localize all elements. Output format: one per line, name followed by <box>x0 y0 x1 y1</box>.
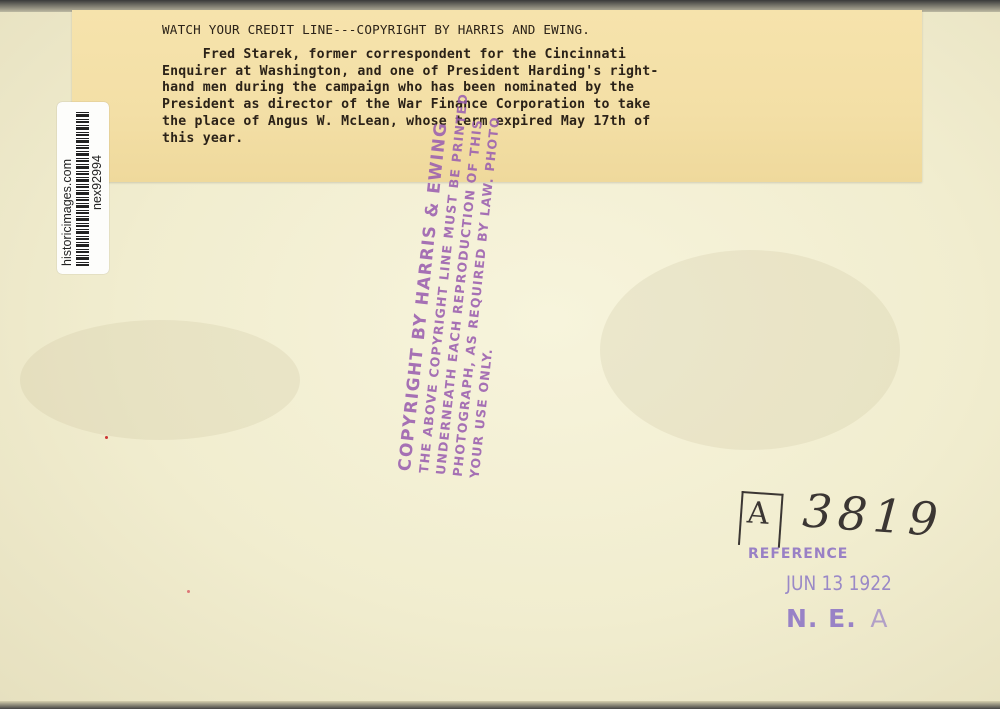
caption-line: hand men during the campaign who has bee… <box>162 80 872 97</box>
smudge <box>600 250 900 450</box>
label-site-text: historicimages.com <box>60 159 74 266</box>
paper-bottom-edge <box>0 701 1000 709</box>
caption-heading: WATCH YOUR CREDIT LINE---COPYRIGHT BY HA… <box>162 22 872 39</box>
barcode <box>76 110 89 266</box>
date-stamp: JUN 13 1922 <box>786 573 892 596</box>
reference-stamp-label: REFERENCE <box>748 546 848 562</box>
nea-stamp: N. E. A <box>786 604 889 633</box>
nea-stamp-suffix: A <box>870 604 888 633</box>
handwritten-box-letter: A <box>738 491 783 548</box>
red-speck <box>105 436 108 439</box>
label-code-text: nex92994 <box>90 155 104 210</box>
nea-stamp-org: N. E. <box>786 604 857 633</box>
caption-line: Fred Starek, former correspondent for th… <box>162 47 872 64</box>
smudge <box>20 320 300 440</box>
photo-back-paper: WATCH YOUR CREDIT LINE---COPYRIGHT BY HA… <box>0 0 1000 709</box>
caption-line: Enquirer at Washington, and one of Presi… <box>162 64 872 81</box>
red-speck <box>187 590 190 593</box>
handwritten-number: 3819 <box>801 483 946 547</box>
inventory-barcode-label: historicimages.com nex92994 <box>57 102 109 274</box>
